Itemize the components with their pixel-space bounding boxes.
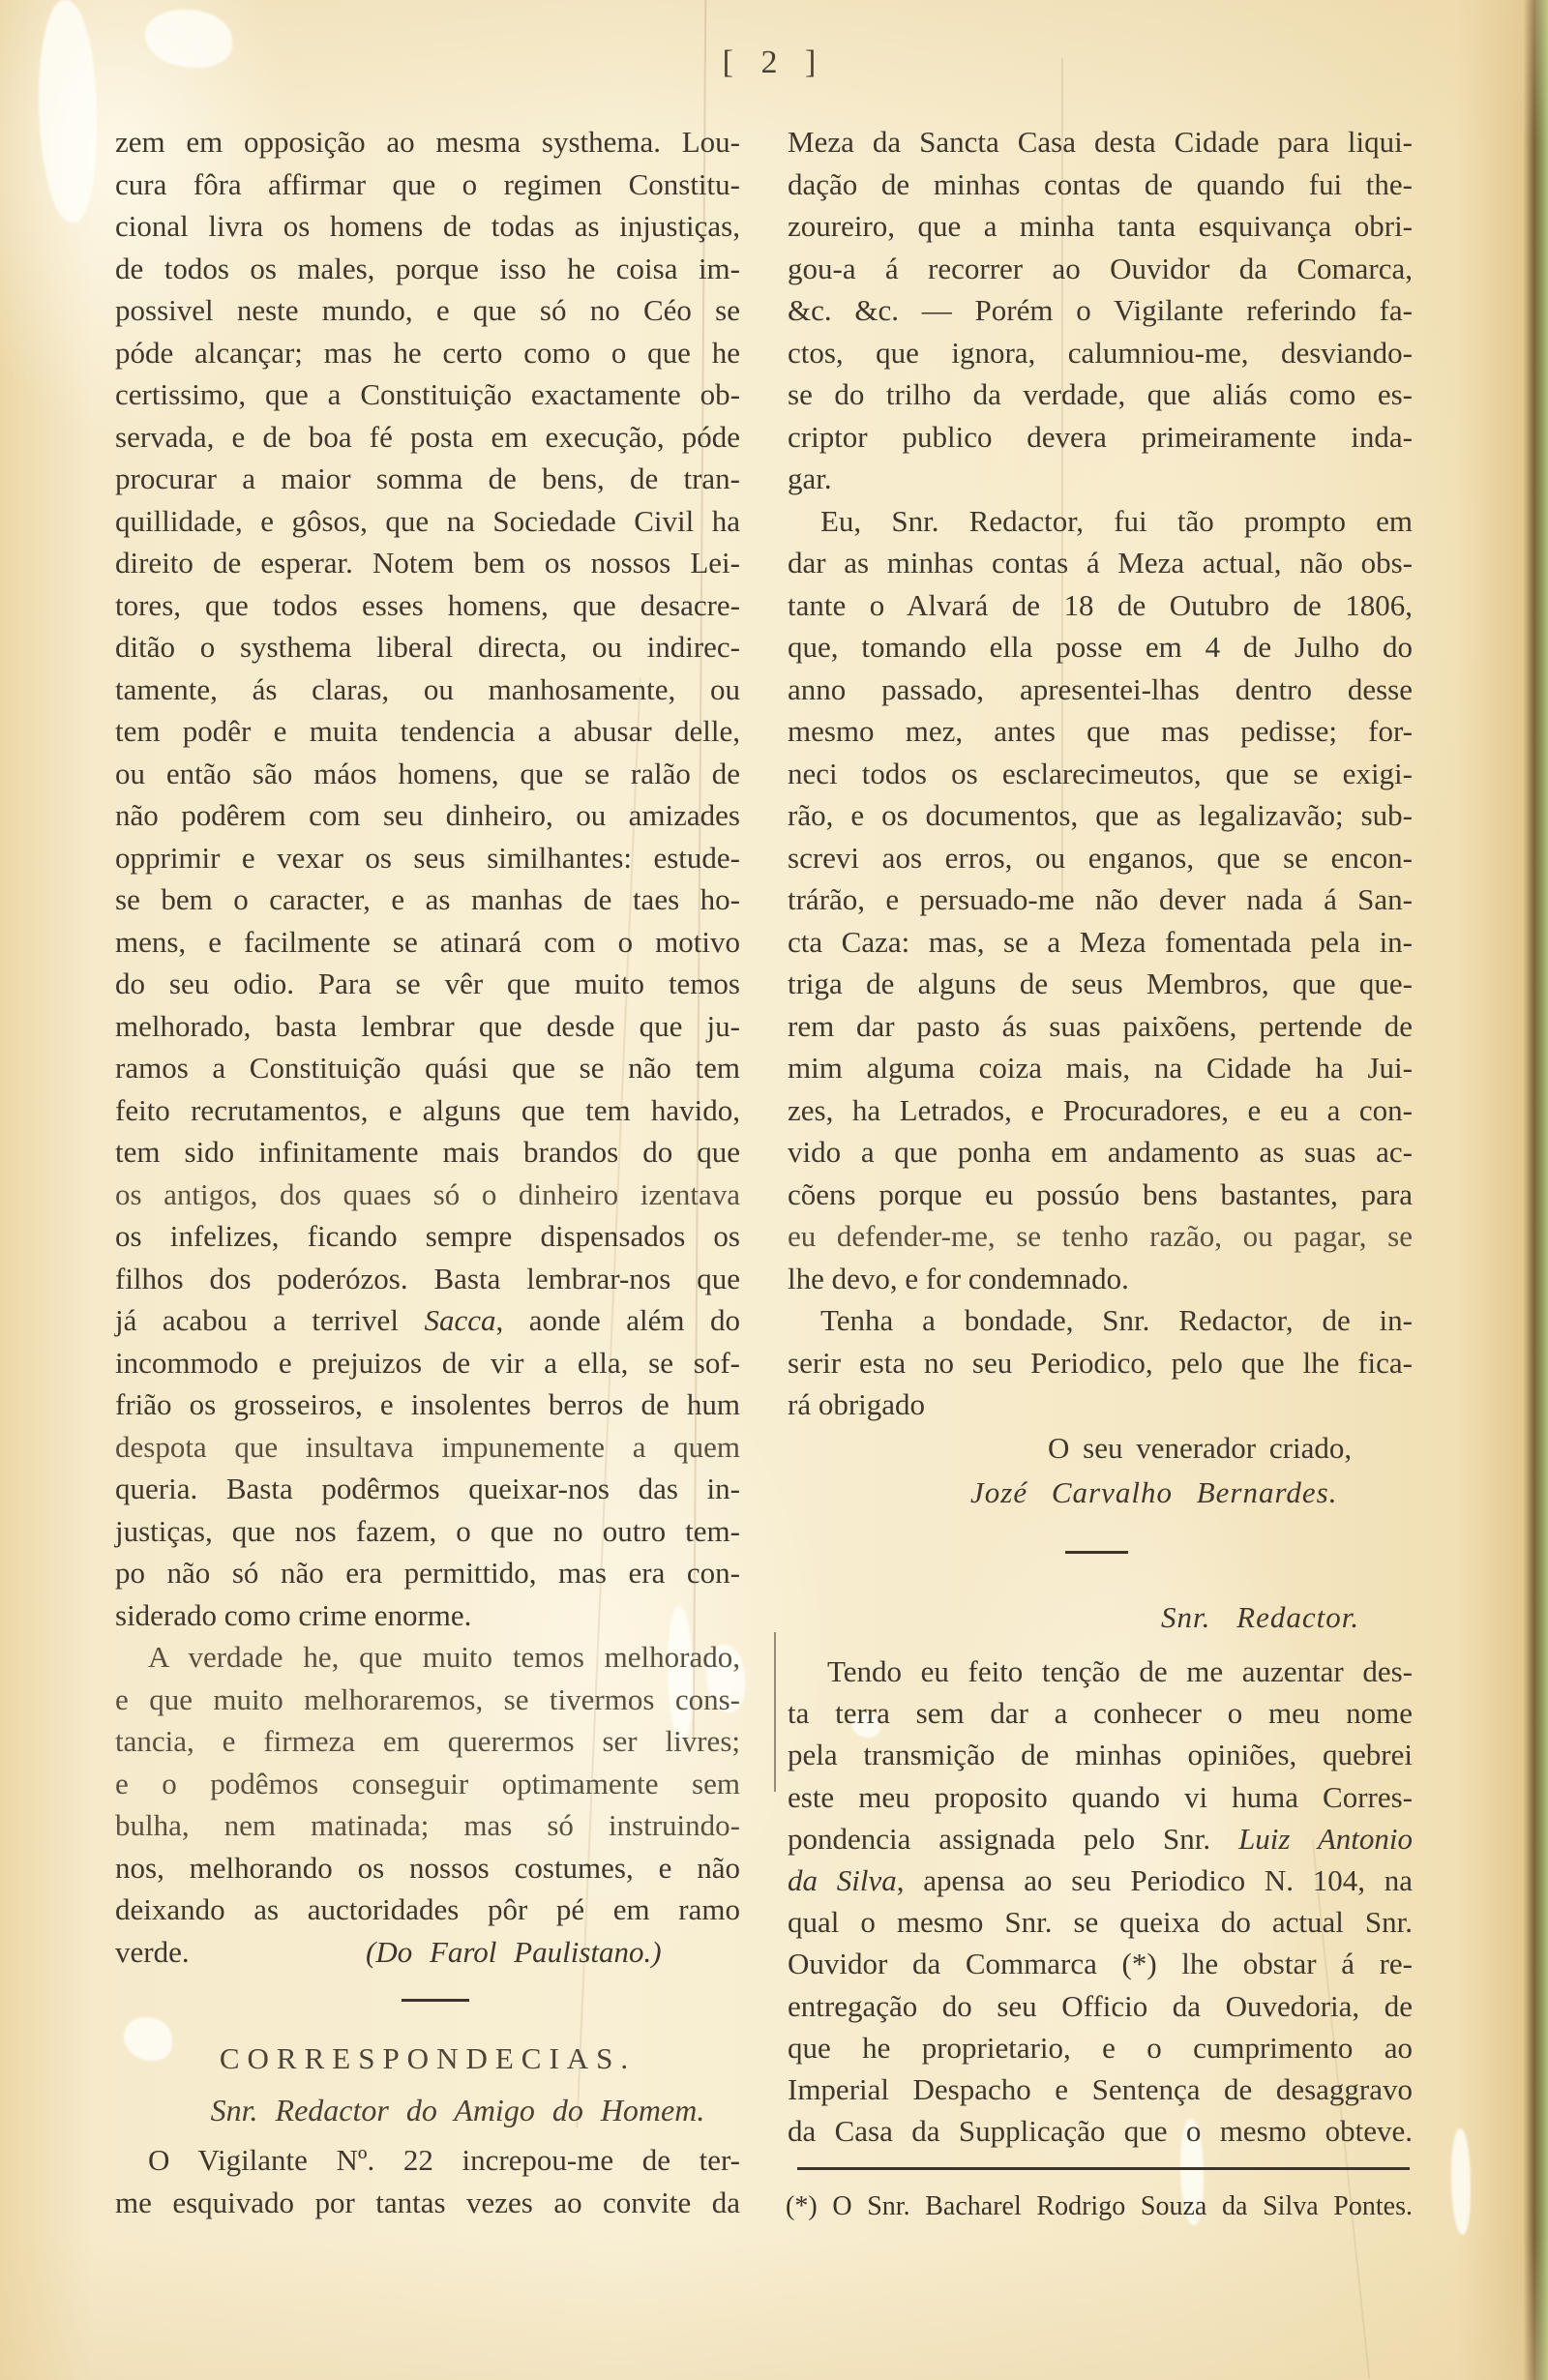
text-line: procurar a maior somma de bens, de tran- xyxy=(115,458,740,500)
text-line: Ouvidor da Commarca (*) lhe obstar á re- xyxy=(788,1943,1413,1984)
text-line: justiças, que nos fazem, o que no outro … xyxy=(115,1510,740,1553)
page-number: [ 2 ] xyxy=(677,45,871,81)
text-line: deixando as auctoridades pôr pé em ramo xyxy=(115,1889,740,1931)
text-line: gar. xyxy=(788,458,1413,500)
text-line: me esquivado por tantas vezes ao convite… xyxy=(115,2182,740,2224)
text-line: ditão o systhema liberal directa, ou ind… xyxy=(115,626,740,669)
text-line: já acabou a terrivel Sacca, aonde além d… xyxy=(115,1299,740,1342)
text-line: tamente, ás claras, ou manhosamente, ou xyxy=(115,669,740,711)
text-line: que, tomando ella posse em 4 de Julho do xyxy=(788,626,1413,669)
text-line: neci todos os esclarecimeutos, que se ex… xyxy=(788,753,1413,795)
text-line: incommodo e prejuizos de vir a ella, se … xyxy=(115,1342,740,1384)
text-line: mens, e facilmente se atinará com o moti… xyxy=(115,921,740,964)
left-column-letter: O Vigilante Nº. 22 increpou-me de ter- m… xyxy=(115,2139,740,2223)
text-line: anno passado, apresentei-lhas dentro des… xyxy=(788,669,1413,711)
letter-signature: Jozé Carvalho Bernardes. xyxy=(970,1472,1337,1514)
text-line: filhos dos poderózos. Basta lembrar-nos … xyxy=(115,1258,740,1300)
text-line: Tendo eu feito tenção de me auzentar des… xyxy=(788,1651,1413,1692)
text-line: tem podêr e muita tendencia a abusar del… xyxy=(115,710,740,753)
text-line: rá obrigado xyxy=(788,1383,1413,1426)
text-line: dar as minhas contas á Meza actual, não … xyxy=(788,542,1413,584)
text-line: Imperial Despacho e Sentença de desaggra… xyxy=(788,2068,1413,2110)
text-line: Meza da Sancta Casa desta Cidade para li… xyxy=(788,121,1413,164)
text-line: serir esta no seu Periodico, pelo que lh… xyxy=(788,1342,1413,1384)
text-line: ta terra sem dar a conhecer o meu nome xyxy=(788,1692,1413,1734)
text-line: pondencia assignada pelo Snr. Luiz Anton… xyxy=(788,1818,1413,1859)
text-line: lhe devo, e for condemnado. xyxy=(788,1258,1413,1300)
italic-term: Sacca xyxy=(424,1303,495,1337)
text-line: mesmo mez, antes que mas pedisse; for- xyxy=(788,710,1413,753)
water-stain xyxy=(145,10,232,68)
text-line: ctos, que ignora, calumniou-me, desviand… xyxy=(788,332,1413,374)
text-line: opprimir e vexar os seus similhantes: es… xyxy=(115,837,740,879)
text-line: este meu proposito quando vi huma Corres… xyxy=(788,1776,1413,1818)
text-line: zem em opposição ao mesma systhema. Lou- xyxy=(115,121,740,164)
text-line: triga de alguns de seus Membros, que que… xyxy=(788,963,1413,1005)
text-line: tancia, e firmeza em querermos ser livre… xyxy=(115,1720,740,1763)
text-line: po não só não era permittido, mas era co… xyxy=(115,1552,740,1594)
text-line: screvi aos erros, ou enganos, que se enc… xyxy=(788,837,1413,879)
text-line: cura fôra affirmar que o regimen Constit… xyxy=(115,164,740,206)
text-line: servada, e de boa fé posta em execução, … xyxy=(115,416,740,459)
text-line: bulha, nem matinada; mas só instruindo- xyxy=(115,1804,740,1847)
text-line: direito de esperar. Notem bem os nossos … xyxy=(115,542,740,584)
text-line: dação de minhas contas de quando fui the… xyxy=(788,164,1413,206)
text-line: e o podêmos conseguir optimamente sem xyxy=(115,1763,740,1805)
text-segment: já acabou a terrivel xyxy=(115,1303,424,1337)
text-line: que he proprietario, e o cumprimento ao xyxy=(788,2027,1413,2068)
italic-name: da Silva xyxy=(788,1863,897,1897)
text-line: eu defender-me, se tenho razão, ou pagar… xyxy=(788,1215,1413,1258)
footnote: (*) O Snr. Bacharel Rodrigo Souza da Sil… xyxy=(786,2186,1413,2227)
newspaper-page: [ 2 ] zem em opposição ao mesma systhema… xyxy=(0,0,1548,2380)
text-line: quillidade, e gôsos, que na Sociedade Ci… xyxy=(115,500,740,543)
letter-salutation: Snr. Redactor do Amigo do Homem. xyxy=(145,2090,770,2132)
text-line: tem sido infinitamente mais brandos do q… xyxy=(115,1131,740,1174)
text-line: siderado como crime enorme. xyxy=(115,1594,740,1637)
text-line: cõens porque eu possúo bens bastantes, p… xyxy=(788,1174,1413,1216)
text-segment: , apensa ao seu Periodico N. 104, na xyxy=(897,1863,1413,1897)
text-line: pela transmição de minhas opiniões, queb… xyxy=(788,1734,1413,1775)
letter-divider xyxy=(1065,1551,1128,1554)
text-line: rem dar pasto ás suas paixõens, pertende… xyxy=(788,1005,1413,1048)
text-line: tante o Alvará de 18 de Outubro de 1806, xyxy=(788,584,1413,627)
text-line: gou-a á recorrer ao Ouvidor da Comarca, xyxy=(788,248,1413,290)
text-line: entregação do seu Officio da Ouvedoria, … xyxy=(788,1985,1413,2027)
text-line: ramos a Constituição quási que se não te… xyxy=(115,1047,740,1089)
text-line: póde alcançar; mas he certo como o que h… xyxy=(115,332,740,374)
text-line: se bem o caracter, e as manhas de taes h… xyxy=(115,878,740,921)
text-segment: , aonde além do xyxy=(495,1303,740,1337)
footnote-divider xyxy=(797,2167,1410,2170)
text-line: nos, melhorando os nossos costumes, e nã… xyxy=(115,1847,740,1889)
text-line: frião os grosseiros, e insolentes berros… xyxy=(115,1383,740,1426)
article-source: (Do Farol Paulistano.) xyxy=(366,1931,662,1974)
text-line: os antigos, dos quaes só o dinheiro izen… xyxy=(115,1174,740,1216)
text-line: melhorado, basta lembrar que desde que j… xyxy=(115,1005,740,1048)
text-line: possivel neste mundo, e que só no Céo se xyxy=(115,289,740,332)
text-line: ou então são máos homens, que se ralão d… xyxy=(115,753,740,795)
text-line: do seu odio. Para se vêr que muito temos xyxy=(115,963,740,1005)
text-line: da Silva, apensa ao seu Periodico N. 104… xyxy=(788,1859,1413,1901)
text-line: zes, ha Letrados, e Procuradores, e eu a… xyxy=(788,1089,1413,1132)
section-divider xyxy=(402,1999,469,2002)
left-column-article: zem em opposição ao mesma systhema. Lou-… xyxy=(115,121,740,1973)
text-line: criptor publico devera primeiramente ind… xyxy=(788,416,1413,459)
margin-mark xyxy=(774,1632,776,1792)
text-line: O Vigilante Nº. 22 increpou-me de ter- xyxy=(115,2139,740,2182)
text-line: cional livra os homens de todas as injus… xyxy=(115,205,740,248)
right-column-second-letter: Tendo eu feito tenção de me auzentar des… xyxy=(788,1651,1413,2152)
text-line: rão, e os documentos, que as legalizavão… xyxy=(788,794,1413,837)
water-stain xyxy=(1451,2128,1471,2235)
section-heading: CORRESPONDECIAS. xyxy=(115,2038,740,2080)
right-column-letter: Meza da Sancta Casa desta Cidade para li… xyxy=(788,121,1413,1426)
text-line: zoureiro, que a minha tanta esquivança o… xyxy=(788,205,1413,248)
text-line: não podêrem com seu dinheiro, ou amizade… xyxy=(115,794,740,837)
text-line: mim alguma coiza mais, na Cidade ha Jui- xyxy=(788,1047,1413,1089)
text-line: de todos os males, porque isso he coisa … xyxy=(115,248,740,290)
text-segment: verde. xyxy=(115,1935,190,1969)
second-letter-salutation: Snr. Redactor. xyxy=(1161,1596,1359,1639)
text-line: Eu, Snr. Redactor, fui tão prompto em xyxy=(788,500,1413,543)
text-line: A verdade he, que muito temos melhorado, xyxy=(115,1636,740,1679)
text-line: queria. Basta podêrmos queixar-nos das i… xyxy=(115,1468,740,1510)
text-line: cta Caza: mas, se a Meza fomentada pela … xyxy=(788,921,1413,964)
text-line: vido a que ponha em andamento as suas ac… xyxy=(788,1131,1413,1174)
text-line: feito recrutamentos, e alguns que tem ha… xyxy=(115,1089,740,1132)
text-line: qual o mesmo Snr. se queixa do actual Sn… xyxy=(788,1901,1413,1943)
letter-closing: O seu venerador criado, xyxy=(1048,1427,1352,1470)
text-line: da Casa da Supplicação que o mesmo obtev… xyxy=(788,2110,1413,2152)
text-line: certissimo, que a Constituição exactamen… xyxy=(115,373,740,416)
text-segment: pondencia assignada pelo Snr. xyxy=(788,1822,1238,1856)
water-stain xyxy=(39,0,97,223)
text-line: os infelizes, ficando sempre dispensados… xyxy=(115,1215,740,1258)
text-line: tores, que todos esses homens, que desac… xyxy=(115,584,740,627)
text-line: trárão, e persuado-me não dever nada á S… xyxy=(788,878,1413,921)
text-line: despota que insultava impunemente a quem xyxy=(115,1426,740,1469)
italic-name: Luiz Antonio xyxy=(1238,1822,1413,1856)
text-line: &c. &c. — Porém o Vigilante referindo fa… xyxy=(788,289,1413,332)
text-line: Tenha a bondade, Snr. Redactor, de in- xyxy=(788,1299,1413,1342)
text-line: se do trilho da verdade, que aliás como … xyxy=(788,373,1413,416)
text-line: verde. (Do Farol Paulistano.) xyxy=(115,1931,740,1974)
text-line: e que muito melhoraremos, se tivermos co… xyxy=(115,1679,740,1721)
